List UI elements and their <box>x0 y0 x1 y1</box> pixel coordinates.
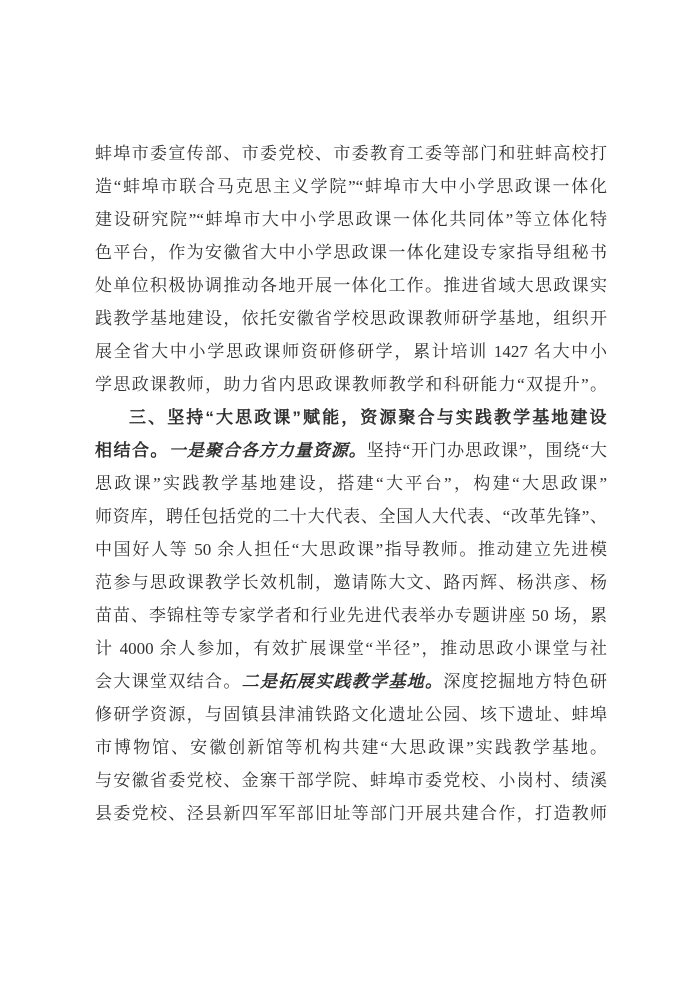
text-line: 范参与思政课教学长效机制，邀请陈大文、路丙辉、杨洪彦、杨 <box>95 566 607 599</box>
text-segment-normal: 计 4000 余人参加，有效扩展课堂“半径”，推动思政小课堂与社 <box>95 639 607 658</box>
text-segment-normal: 与安徽省委党校、金寨干部学院、蚌埠市委党校、小岗村、绩溪 <box>95 771 607 790</box>
text-line: 计 4000 余人参加，有效扩展课堂“半径”，推动思政小课堂与社 <box>95 632 607 665</box>
text-line: 修研学资源，与固镇县津浦铁路文化遗址公园、垓下遗址、蚌埠 <box>95 698 607 731</box>
text-segment-normal: 会大课堂双结合。 <box>95 672 242 691</box>
text-line: 市博物馆、安徽创新馆等机构共建“大思政课”实践教学基地。 <box>95 731 607 764</box>
text-segment-kai: 二是拓展实践教学基地。 <box>242 672 444 691</box>
text-segment-normal: 修研学资源，与固镇县津浦铁路文化遗址公园、垓下遗址、蚌埠 <box>95 705 607 724</box>
text-line: 践教学基地建设，依托安徽省学校思政课教师研学基地，组织开 <box>95 302 607 335</box>
text-segment-normal: 蚌埠市委宣传部、市委党校、市委教育工委等部门和驻蚌高校打 <box>95 144 607 163</box>
text-segment-normal: 造“蚌埠市联合马克思主义学院”“蚌埠市大中小学思政课一体化 <box>95 177 607 196</box>
text-line: 色平台，作为安徽省大中小学思政课一体化建设专家指导组秘书 <box>95 236 607 269</box>
text-line: 苗苗、李锦柱等专家学者和行业先进代表举办专题讲座 50 场，累 <box>95 599 607 632</box>
text-segment-normal: 范参与思政课教学长效机制，邀请陈大文、路丙辉、杨洪彦、杨 <box>95 573 607 592</box>
text-line: 会大课堂双结合。二是拓展实践教学基地。深度挖掘地方特色研 <box>95 665 607 698</box>
text-segment-kai: 一是聚合各方力量资源。 <box>169 441 367 460</box>
text-segment-normal: 践教学基地建设，依托安徽省学校思政课教师研学基地，组织开 <box>95 309 607 328</box>
text-line: 学思政课教师，助力省内思政课教师教学和科研能力“双提升”。 <box>95 368 607 401</box>
text-block: 蚌埠市委宣传部、市委党校、市委教育工委等部门和驻蚌高校打造“蚌埠市联合马克思主义… <box>95 137 607 830</box>
text-segment-normal: 建设研究院”“蚌埠市大中小学思政课一体化共同体”等立体化特 <box>95 210 607 229</box>
text-line: 中国好人等 50 余人担任“大思政课”指导教师。推动建立先进模 <box>95 533 607 566</box>
text-segment-normal: 师资库，聘任包括党的二十大代表、全国人大代表、“改革先锋”、 <box>95 507 607 526</box>
document-body: { "styles": { "background": "#ffffff", "… <box>0 0 700 987</box>
text-line: 思政课”实践教学基地建设，搭建“大平台”，构建“大思政课” <box>95 467 607 500</box>
text-line: 造“蚌埠市联合马克思主义学院”“蚌埠市大中小学思政课一体化 <box>95 170 607 203</box>
text-segment-normal: 苗苗、李锦柱等专家学者和行业先进代表举办专题讲座 50 场，累 <box>95 606 607 625</box>
text-line: 县委党校、泾县新四军军部旧址等部门开展共建合作，打造教师 <box>95 797 607 830</box>
text-line: 展全省大中小学思政课师资研修研学，累计培训 1427 名大中小 <box>95 335 607 368</box>
text-line: 与安徽省委党校、金寨干部学院、蚌埠市委党校、小岗村、绩溪 <box>95 764 607 797</box>
document-page: 蚌埠市委宣传部、市委党校、市委教育工委等部门和驻蚌高校打造“蚌埠市联合马克思主义… <box>0 0 700 987</box>
text-segment-normal: 县委党校、泾县新四军军部旧址等部门开展共建合作，打造教师 <box>95 804 607 823</box>
text-line: 蚌埠市委宣传部、市委党校、市委教育工委等部门和驻蚌高校打 <box>95 137 607 170</box>
text-segment-bold: 相结合。 <box>95 441 169 460</box>
text-segment-normal: 处单位积极协调推动各地开展一体化工作。推进省域大思政课实 <box>95 276 607 295</box>
text-segment-normal: 坚持“开门办思政课”，围绕“大 <box>367 441 607 460</box>
text-segment-normal: 思政课”实践教学基地建设，搭建“大平台”，构建“大思政课” <box>95 474 607 493</box>
text-segment-normal: 色平台，作为安徽省大中小学思政课一体化建设专家指导组秘书 <box>95 243 607 262</box>
text-segment-normal: 学思政课教师，助力省内思政课教师教学和科研能力“双提升”。 <box>95 375 607 394</box>
text-line: 相结合。一是聚合各方力量资源。坚持“开门办思政课”，围绕“大 <box>95 434 607 467</box>
text-line: 三、坚持“大思政课”赋能，资源聚合与实践教学基地建设 <box>95 401 607 434</box>
text-line: 师资库，聘任包括党的二十大代表、全国人大代表、“改革先锋”、 <box>95 500 607 533</box>
text-segment-normal: 市博物馆、安徽创新馆等机构共建“大思政课”实践教学基地。 <box>95 738 607 757</box>
text-segment-normal: 深度挖掘地方特色研 <box>443 672 607 691</box>
text-line: 建设研究院”“蚌埠市大中小学思政课一体化共同体”等立体化特 <box>95 203 607 236</box>
text-segment-normal: 展全省大中小学思政课师资研修研学，累计培训 1427 名大中小 <box>95 342 607 361</box>
text-line: 处单位积极协调推动各地开展一体化工作。推进省域大思政课实 <box>95 269 607 302</box>
text-segment-bold: 三、坚持“大思政课”赋能，资源聚合与实践教学基地建设 <box>129 408 607 427</box>
text-segment-normal: 中国好人等 50 余人担任“大思政课”指导教师。推动建立先进模 <box>95 540 607 559</box>
